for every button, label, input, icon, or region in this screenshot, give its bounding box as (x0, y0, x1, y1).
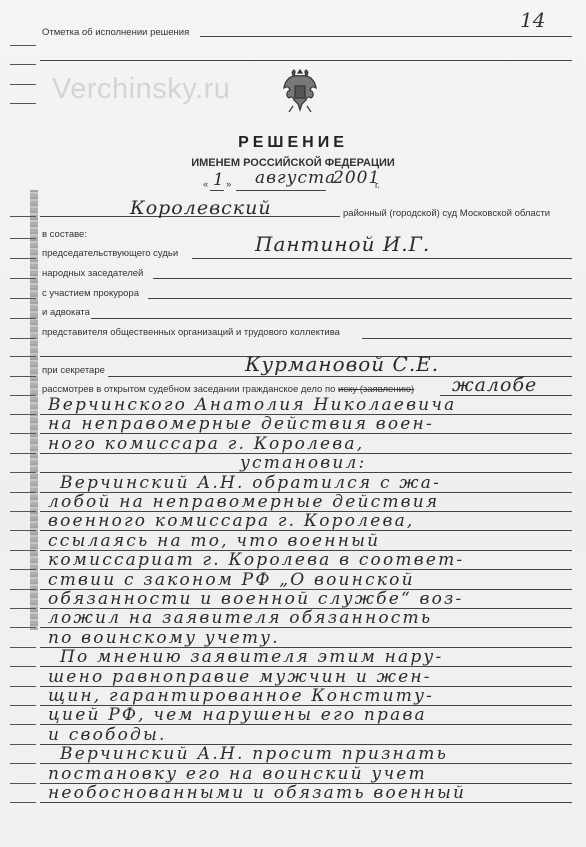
assessors-label: народных заседателей (42, 268, 143, 279)
handwritten-line: лобой на неправомерные действия (48, 492, 439, 512)
handwritten-line: на неправомерные действия воен- (48, 414, 434, 434)
date-day: 1 (213, 170, 225, 190)
execution-mark-line (200, 36, 572, 37)
handwritten-line: обязанности и военной службе“ воз- (48, 589, 463, 609)
secretary-value: Курмановой С.Е. (245, 352, 439, 376)
handwritten-line: и свободы. (48, 725, 167, 745)
handwritten-line: Верчинского Анатолия Николаевича (48, 395, 456, 415)
handwritten-line: по воинскому учету. (48, 628, 280, 648)
court-label: районный (городской) суд Московской обла… (343, 208, 550, 219)
handwritten-line: военного комиссара г. Королева, (48, 511, 415, 531)
prosecutor-label: с участием прокурора (42, 288, 139, 299)
handwritten-line: жалобе (452, 374, 537, 396)
handwritten-line: шено равноправие мужчин и жен- (48, 667, 432, 687)
handwritten-line: установил: (240, 453, 366, 473)
handwritten-line: ствии с законом РФ „О воинской (48, 570, 415, 590)
handwritten-line: По мнению заявителя этим нару- (60, 647, 443, 667)
representative-label: представителя общественных организаций и… (42, 327, 340, 338)
court-name: Королевский (130, 197, 272, 219)
handwritten-line: Верчинский А.Н. обратился с жа- (60, 473, 441, 493)
case-label: рассмотрев в открытом судебном заседании… (42, 384, 414, 395)
page-number: 14 (520, 8, 545, 32)
handwritten-line: необоснованными и обязать военный (48, 783, 466, 803)
advocate-label: и адвоката (42, 307, 90, 318)
handwritten-line: Верчинский А.Н. просит признать (60, 744, 448, 764)
handwritten-line: постановку его на воинский учет (48, 764, 427, 784)
handwritten-line: цией РФ, чем нарушены его права (48, 705, 427, 725)
handwritten-line: ного комиссара г. Королева, (48, 434, 364, 454)
presiding-judge-label: председательствующего судьи (42, 248, 178, 259)
handwritten-line: ложил на заявителя обязанность (48, 608, 432, 628)
composition-label: в составе: (42, 229, 87, 240)
russian-coat-of-arms-icon (281, 66, 319, 116)
handwritten-line: ссылаясь на то, что военный (48, 531, 380, 551)
date-month: августа (255, 168, 336, 188)
handwritten-line: комиссариат г. Королева в соответ- (48, 550, 464, 570)
presiding-judge-value: Пантиной И.Г. (255, 232, 430, 256)
decision-title: РЕШЕНИЕ (0, 134, 586, 152)
execution-mark-line-2 (40, 60, 572, 61)
secretary-label: при секретаре (42, 365, 105, 376)
handwritten-line: щин, гарантированное Конститу- (48, 686, 434, 706)
watermark: Verchinsky.ru (52, 73, 230, 106)
binding-edge (30, 190, 38, 630)
execution-mark-label: Отметка об исполнении решения (42, 27, 189, 38)
date-year: 2001 (333, 168, 380, 188)
court-decision-page: 14 Отметка об исполнении решения Verchin… (0, 0, 586, 847)
